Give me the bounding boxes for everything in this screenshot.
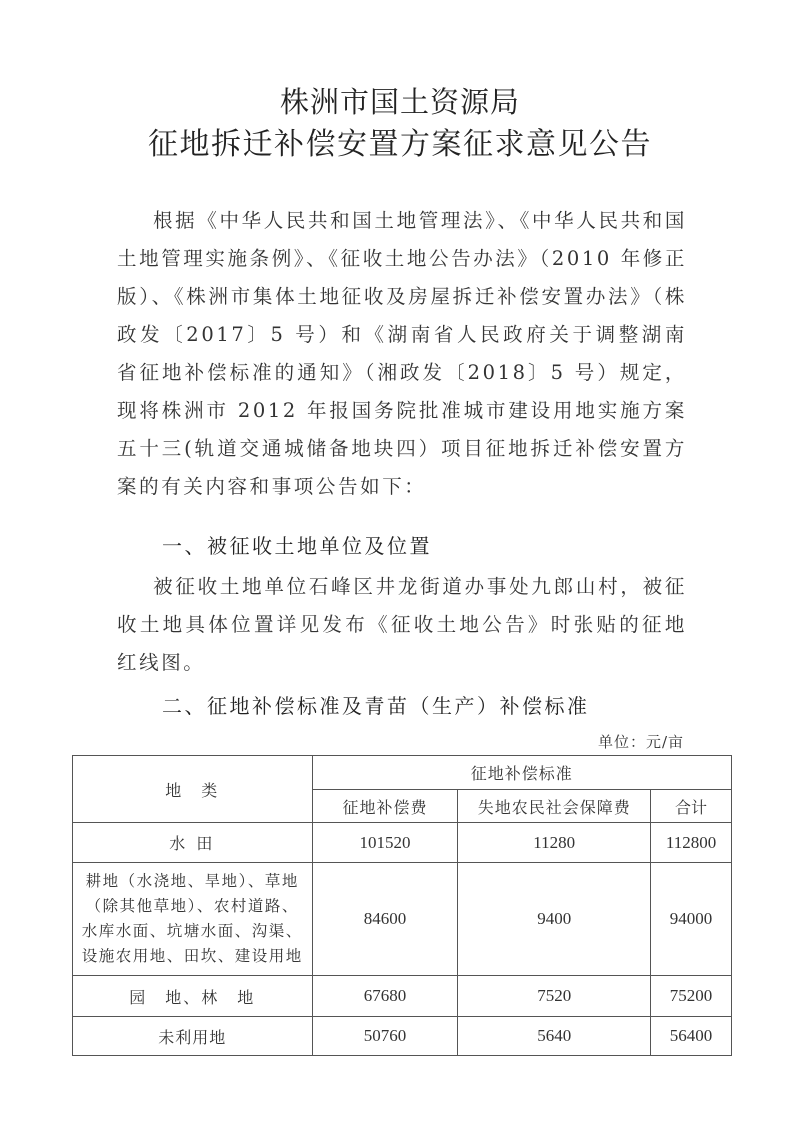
intro-paragraph: 根据《中华人民共和国土地管理法》、《中华人民共和国土地管理实施条例》、《征收土地… (117, 202, 687, 506)
section2-heading: 二、征地补偿标准及青苗（生产）补偿标准 (162, 690, 590, 719)
header-compensation: 征地补偿费 (312, 790, 458, 823)
header-land-type: 地 类 (73, 756, 313, 823)
compensation-cell: 67680 (312, 976, 458, 1017)
header-group: 征地补偿标准 (312, 756, 731, 790)
social-security-cell: 9400 (458, 863, 651, 976)
compensation-cell: 101520 (312, 823, 458, 863)
table-row: 园 地、林 地 67680 7520 75200 (73, 976, 732, 1017)
intro-paragraph-text: 根据《中华人民共和国土地管理法》、《中华人民共和国土地管理实施条例》、《征收土地… (117, 209, 687, 498)
land-type-cell: 未利用地 (73, 1017, 313, 1056)
table-row: 水 田 101520 11280 112800 (73, 823, 732, 863)
compensation-cell: 84600 (312, 863, 458, 976)
total-cell: 75200 (651, 976, 732, 1017)
social-security-cell: 5640 (458, 1017, 651, 1056)
total-cell: 56400 (651, 1017, 732, 1056)
section1-body-text: 被征收土地单位石峰区井龙街道办事处九郎山村，被征收土地具体位置详见发布《征收土地… (117, 575, 687, 674)
compensation-table: 地 类 征地补偿标准 征地补偿费 失地农民社会保障费 合计 水 田 101520… (72, 755, 732, 1056)
land-type-cell: 耕地（水浇地、旱地）、草地（除其他草地）、农村道路、水库水面、坑塘水面、沟渠、设… (73, 863, 313, 976)
section1-body: 被征收土地单位石峰区井龙街道办事处九郎山村，被征收土地具体位置详见发布《征收土地… (117, 568, 687, 682)
social-security-cell: 11280 (458, 823, 651, 863)
document-title-line2: 征地拆迁补偿安置方案征求意见公告 (0, 119, 800, 163)
social-security-cell: 7520 (458, 976, 651, 1017)
total-cell: 94000 (651, 863, 732, 976)
land-type-cell: 水 田 (73, 823, 313, 863)
table-row: 未利用地 50760 5640 56400 (73, 1017, 732, 1056)
land-type-cell: 园 地、林 地 (73, 976, 313, 1017)
header-social-security: 失地农民社会保障费 (458, 790, 651, 823)
unit-label: 单位：元/亩 (598, 731, 684, 752)
document-title-line1: 株洲市国土资源局 (0, 80, 800, 121)
compensation-cell: 50760 (312, 1017, 458, 1056)
total-cell: 112800 (651, 823, 732, 863)
table-row: 耕地（水浇地、旱地）、草地（除其他草地）、农村道路、水库水面、坑塘水面、沟渠、设… (73, 863, 732, 976)
header-total: 合计 (651, 790, 732, 823)
table-header-row: 地 类 征地补偿标准 (73, 756, 732, 790)
section1-heading: 一、被征收土地单位及位置 (162, 530, 432, 559)
